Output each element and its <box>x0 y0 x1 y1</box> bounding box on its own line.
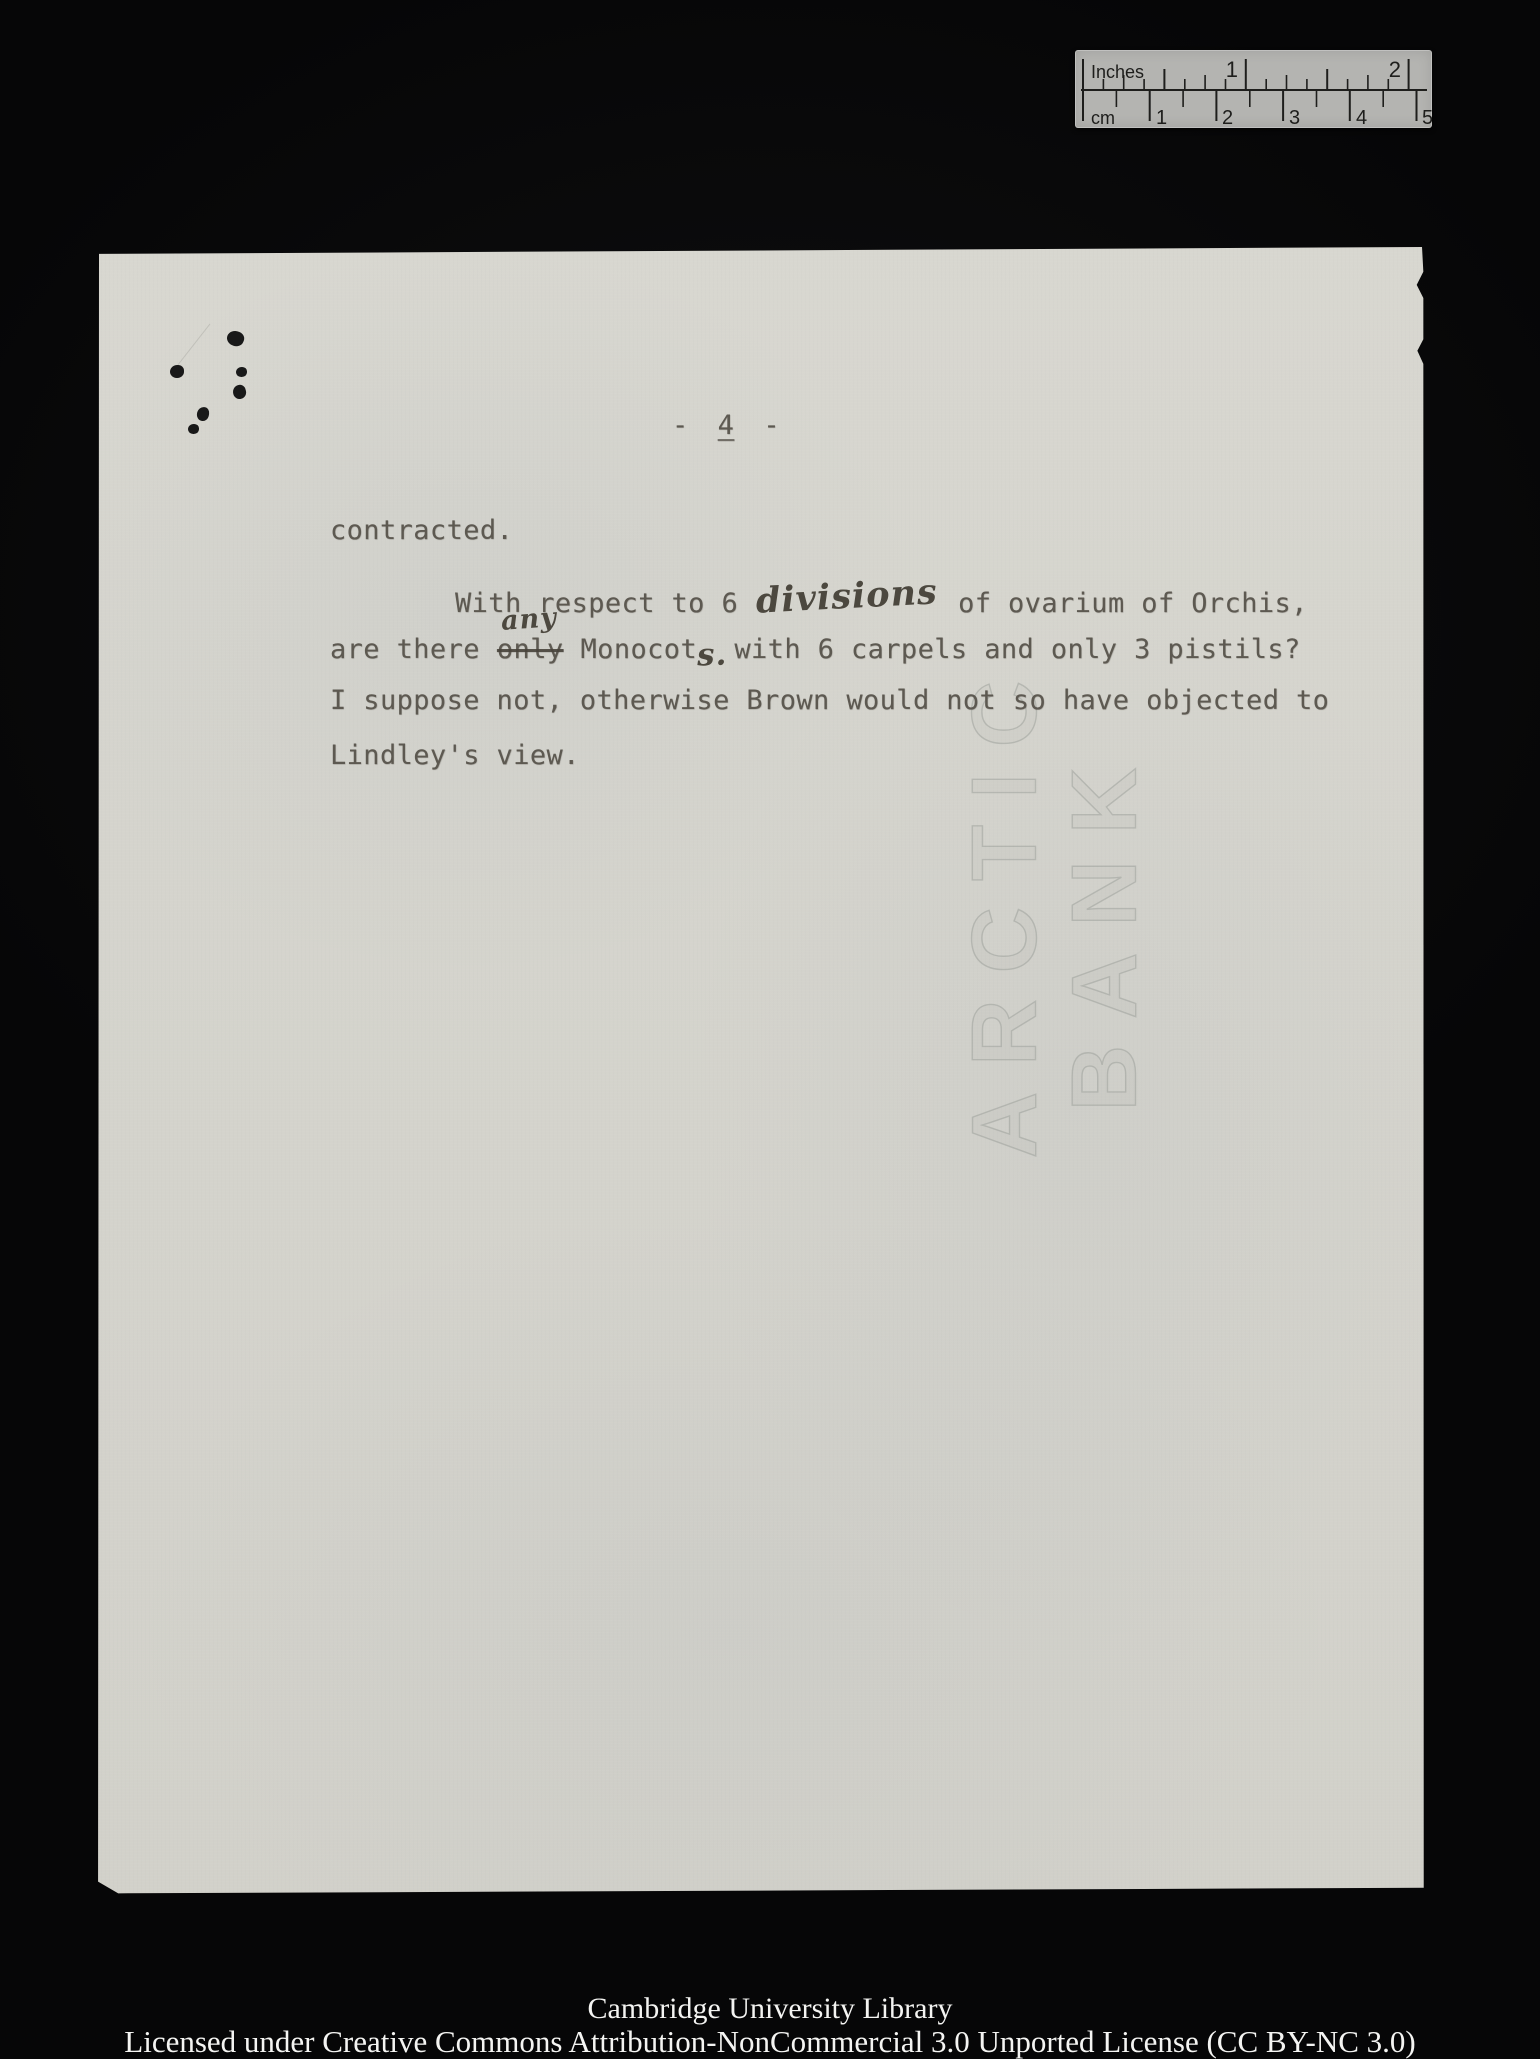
body-line-2: With respect to 6divisionsof ovarium of … <box>455 580 1308 621</box>
page-number-value: 4 <box>718 410 735 441</box>
photograph-background: Inches 1 2 cm 1 2 3 4 5 ARCTIC BANK - <box>0 0 1540 2059</box>
line2-typed-start: With respect to 6 <box>455 588 738 619</box>
line2-typed-end: of ovarium of Orchis, <box>958 588 1308 619</box>
line3-typed-start: are there <box>330 634 480 665</box>
ruler-cm-mark-2: 2 <box>1222 107 1233 128</box>
ruler-inch-mark-2: 2 <box>1389 57 1401 82</box>
ruler-cm-mark-3: 3 <box>1289 107 1300 128</box>
measurement-ruler: Inches 1 2 cm 1 2 3 4 5 <box>1075 50 1432 128</box>
body-line-1: contracted. <box>330 515 513 546</box>
ruler-cm-label: cm <box>1091 108 1115 128</box>
letter-page: ARCTIC BANK - 4 - contracted. With respe… <box>97 247 1424 1894</box>
body-line-3: are thereonlyanyMonocots.with 6 carpels … <box>330 630 1301 666</box>
watermark-bank: BANK <box>1058 677 1153 1177</box>
paper-scratch <box>178 324 274 415</box>
line3-typed-mid: Monocot <box>581 634 698 665</box>
line3-inserted-any: any <box>500 602 558 637</box>
ruler-inch-mark-1: 1 <box>1226 57 1238 82</box>
line3-struck-wrap: onlyany <box>497 634 564 665</box>
body-line-5: Lindley's view. <box>330 740 580 771</box>
footer-license-text: Licensed under Creative Commons Attribut… <box>0 2024 1540 2059</box>
ruler-cm-mark-5: 5 <box>1422 107 1432 128</box>
line2-handwritten-divisions: divisions <box>755 571 939 621</box>
line3-struck-only: only <box>497 634 564 665</box>
page-number-right-dash: - <box>763 410 780 441</box>
ruler-inches-label: Inches <box>1091 62 1144 82</box>
page-number-left-dash: - <box>672 410 689 441</box>
page-number: - 4 - <box>672 410 780 441</box>
ruler-cm-mark-4: 4 <box>1356 107 1367 128</box>
body-line-4: I suppose not, otherwise Brown would not… <box>330 685 1329 716</box>
ruler-scale: Inches 1 2 cm 1 2 3 4 5 <box>1075 50 1432 128</box>
line3-typed-end: with 6 carpels and only 3 pistils? <box>734 634 1300 665</box>
ruler-cm-mark-1: 1 <box>1156 107 1167 128</box>
footer-library-name: Cambridge University Library <box>0 1992 1540 2026</box>
line3-inserted-s: s. <box>697 636 728 673</box>
